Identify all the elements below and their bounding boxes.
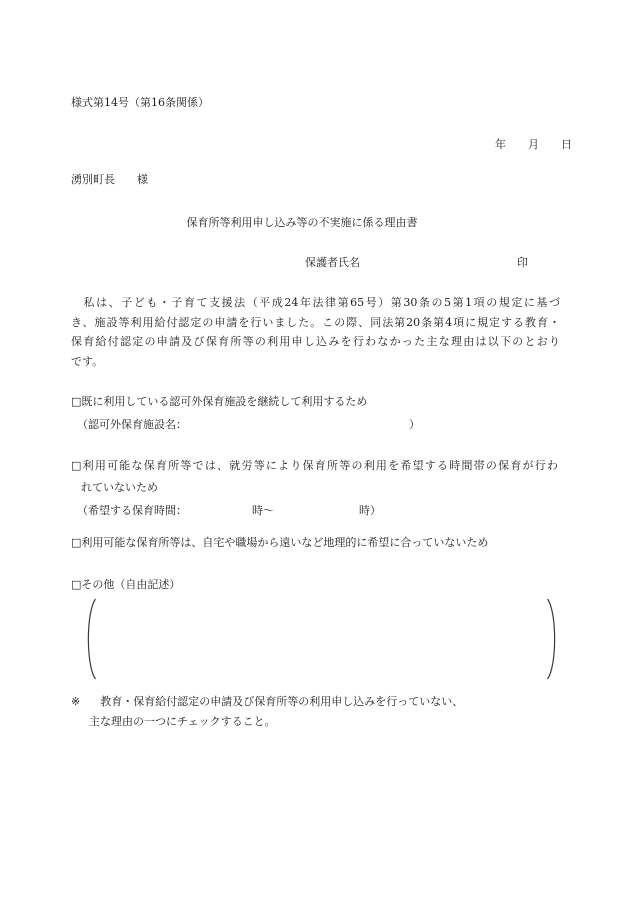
facility-name-field-open: （認可外保育施設名： [77, 418, 187, 431]
checkbox-reason-1[interactable]: □ [71, 394, 81, 409]
reason-item-hours-mismatch: □利用可能な保育所等では、就労等により保育所等の利用を希望する時間帯の保育が行わ [71, 458, 558, 473]
reason-item-other: □その他（自由記述） [71, 577, 180, 592]
desired-time-end-input-area[interactable] [274, 506, 359, 518]
document-page: 様式第14号（第16条関係） 年 月 日 湧別町長 様 保育所等利用申し込み等の… [0, 0, 630, 903]
reason-3-text: 利用可能な保育所等は、自宅や職場から遠いなど地理的に希望に合っていないため [81, 536, 488, 549]
guardian-name-input-area[interactable] [380, 255, 510, 267]
body-line: き、施設等利用給付認定の申請を行いました。この際、同法第20条第4項に規定する教… [71, 313, 560, 333]
body-line: です。 [71, 352, 560, 372]
reason-2-field-line: （希望する保育時間：時～時） [77, 503, 381, 518]
desired-time-field-close: 時） [359, 504, 381, 517]
footnote-line1: ※教育・保育給付認定の申請及び保育所等の利用申し込みを行っていない、 [71, 694, 463, 709]
form-number: 様式第14号（第16条関係） [71, 95, 209, 110]
free-text-input-area[interactable] [97, 599, 545, 678]
facility-name-input-area[interactable] [187, 420, 409, 432]
seal-label: 印 [517, 255, 528, 270]
right-paren-bracket [546, 598, 560, 680]
footnote-text-line2: 主な理由の一つにチェックすること。 [89, 714, 276, 729]
reason-item-location-mismatch: □利用可能な保育所等は、自宅や職場から遠いなど地理的に希望に合っていないため [71, 535, 488, 550]
reason-2-text-line1: 利用可能な保育所等では、就労等により保育所等の利用を希望する時間帯の保育が行わ [81, 459, 558, 472]
checkbox-reason-2[interactable]: □ [71, 458, 81, 473]
left-paren-bracket [83, 598, 97, 680]
desired-time-field-open: （希望する保育時間： [77, 504, 187, 517]
checkbox-reason-3[interactable]: □ [71, 535, 81, 550]
document-title: 保育所等利用申し込み等の不実施に係る理由書 [0, 215, 617, 230]
reason-1-field-line: （認可外保育施設名：） [77, 417, 420, 432]
footnote-marker: ※ [71, 695, 80, 708]
footnote-text-line1: 教育・保育給付認定の申請及び保育所等の利用申し込みを行っていない、 [100, 695, 463, 708]
addressee: 湧別町長 様 [71, 172, 148, 187]
desired-time-field-mid: 時～ [252, 504, 274, 517]
guardian-name-label: 保護者氏名 [305, 255, 360, 270]
reason-1-text: 既に利用している認可外保育施設を継続して利用するため [81, 395, 367, 408]
reason-item-existing-facility: □既に利用している認可外保育施設を継続して利用するため [71, 394, 367, 409]
checkbox-reason-4[interactable]: □ [71, 577, 81, 592]
desired-time-start-input-area[interactable] [187, 506, 252, 518]
body-paragraph: 私は、子ども・子育て支援法（平成24年法律第65号）第30条の5第1項の規定に基… [71, 293, 560, 372]
facility-name-field-close: ） [409, 418, 420, 431]
date-line: 年 月 日 [495, 137, 572, 152]
body-line: 私は、子ども・子育て支援法（平成24年法律第65号）第30条の5第1項の規定に基… [71, 293, 560, 313]
body-line: 保育給付認定の申請及び保育所等の利用申し込みを行わなかった主な理由は以下のとおり [71, 332, 560, 352]
reason-2-text-line2: れていないため [81, 480, 158, 495]
reason-4-text: その他（自由記述） [81, 578, 180, 591]
